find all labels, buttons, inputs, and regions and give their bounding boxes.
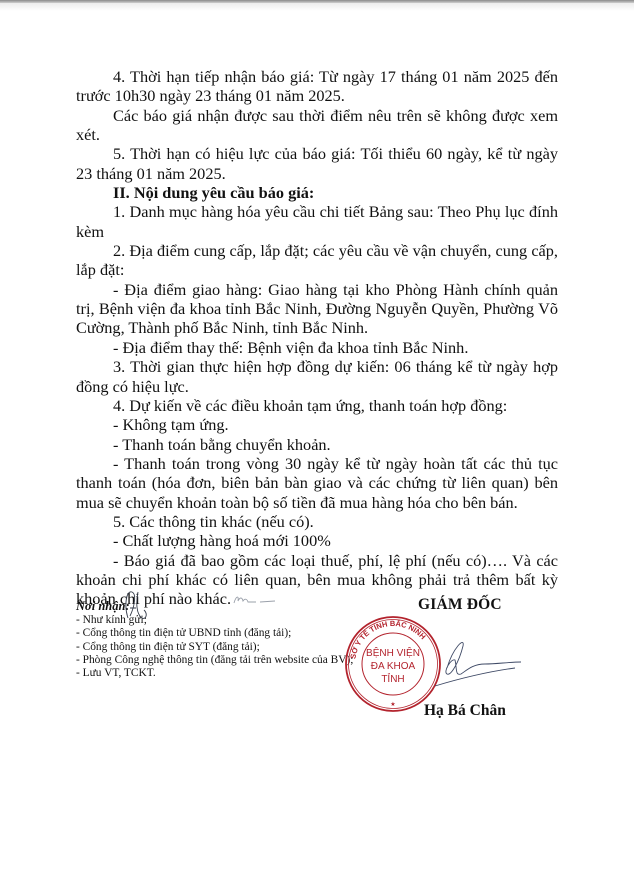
paragraph-delivery-location: - Địa điểm giao hàng: Giao hàng tại kho …	[76, 280, 558, 338]
director-signature-icon	[425, 628, 525, 698]
paragraph-bank-transfer: - Thanh toán bằng chuyển khoản.	[76, 435, 558, 454]
document-body: 4. Thời hạn tiếp nhận báo giá: Từ ngày 1…	[76, 67, 558, 609]
recipient-item: - Như kính gửi;	[76, 614, 366, 627]
paragraph-deadline: 4. Thời hạn tiếp nhận báo giá: Từ ngày 1…	[76, 67, 558, 106]
initials-signature-icon	[122, 586, 158, 626]
svg-text:BỆNH VIỆN: BỆNH VIỆN	[366, 646, 420, 659]
paragraph-payment-period: - Thanh toán trong vòng 30 ngày kể từ ng…	[76, 454, 558, 512]
paragraph-location: 2. Địa điểm cung cấp, lắp đặt; các yêu c…	[76, 241, 558, 280]
paragraph-no-advance: - Không tạm ứng.	[76, 415, 558, 434]
viewer-top-shadow	[0, 3, 634, 11]
paragraph-validity: 5. Thời hạn có hiệu lực của báo giá: Tối…	[76, 144, 558, 183]
svg-text:ĐA KHOA: ĐA KHOA	[371, 661, 416, 672]
svg-text:★: ★	[390, 701, 395, 708]
recipient-item: - Cổng thông tin điện tử SYT (đăng tải);	[76, 641, 366, 654]
paragraph-other-info: 5. Các thông tin khác (nếu có).	[76, 512, 558, 531]
paragraph-contract-duration: 3. Thời gian thực hiện hợp đồng dự kiến:…	[76, 357, 558, 396]
recipient-item: - Cổng thông tin điện tử UBND tỉnh (đăng…	[76, 627, 366, 640]
svg-text:TỈNH: TỈNH	[381, 672, 404, 685]
paragraph-quality: - Chất lượng hàng hoá mới 100%	[76, 531, 558, 550]
paragraph-alt-location: - Địa điểm thay thế: Bệnh viện đa khoa t…	[76, 338, 558, 357]
recipient-item: - Phòng Công nghệ thông tin (đăng tải tr…	[76, 654, 366, 667]
recipient-item: - Lưu VT, TCKT.	[76, 667, 366, 680]
director-title: GIÁM ĐỐC	[418, 596, 502, 614]
director-name: Hạ Bá Chân	[424, 702, 506, 720]
paragraph-payment-terms: 4. Dự kiến về các điều khoản tạm ứng, th…	[76, 396, 558, 415]
paragraph-late-quotes: Các báo giá nhận được sau thời điểm nêu …	[76, 106, 558, 145]
recipients-block: Nơi nhận: - Như kính gửi; - Cổng thông t…	[76, 600, 366, 680]
paragraph-goods-list: 1. Danh mục hàng hóa yêu cầu chi tiết Bả…	[76, 202, 558, 241]
recipients-title: Nơi nhận:	[76, 600, 366, 613]
section-heading-requirements: II. Nội dung yêu cầu báo giá:	[76, 183, 558, 202]
